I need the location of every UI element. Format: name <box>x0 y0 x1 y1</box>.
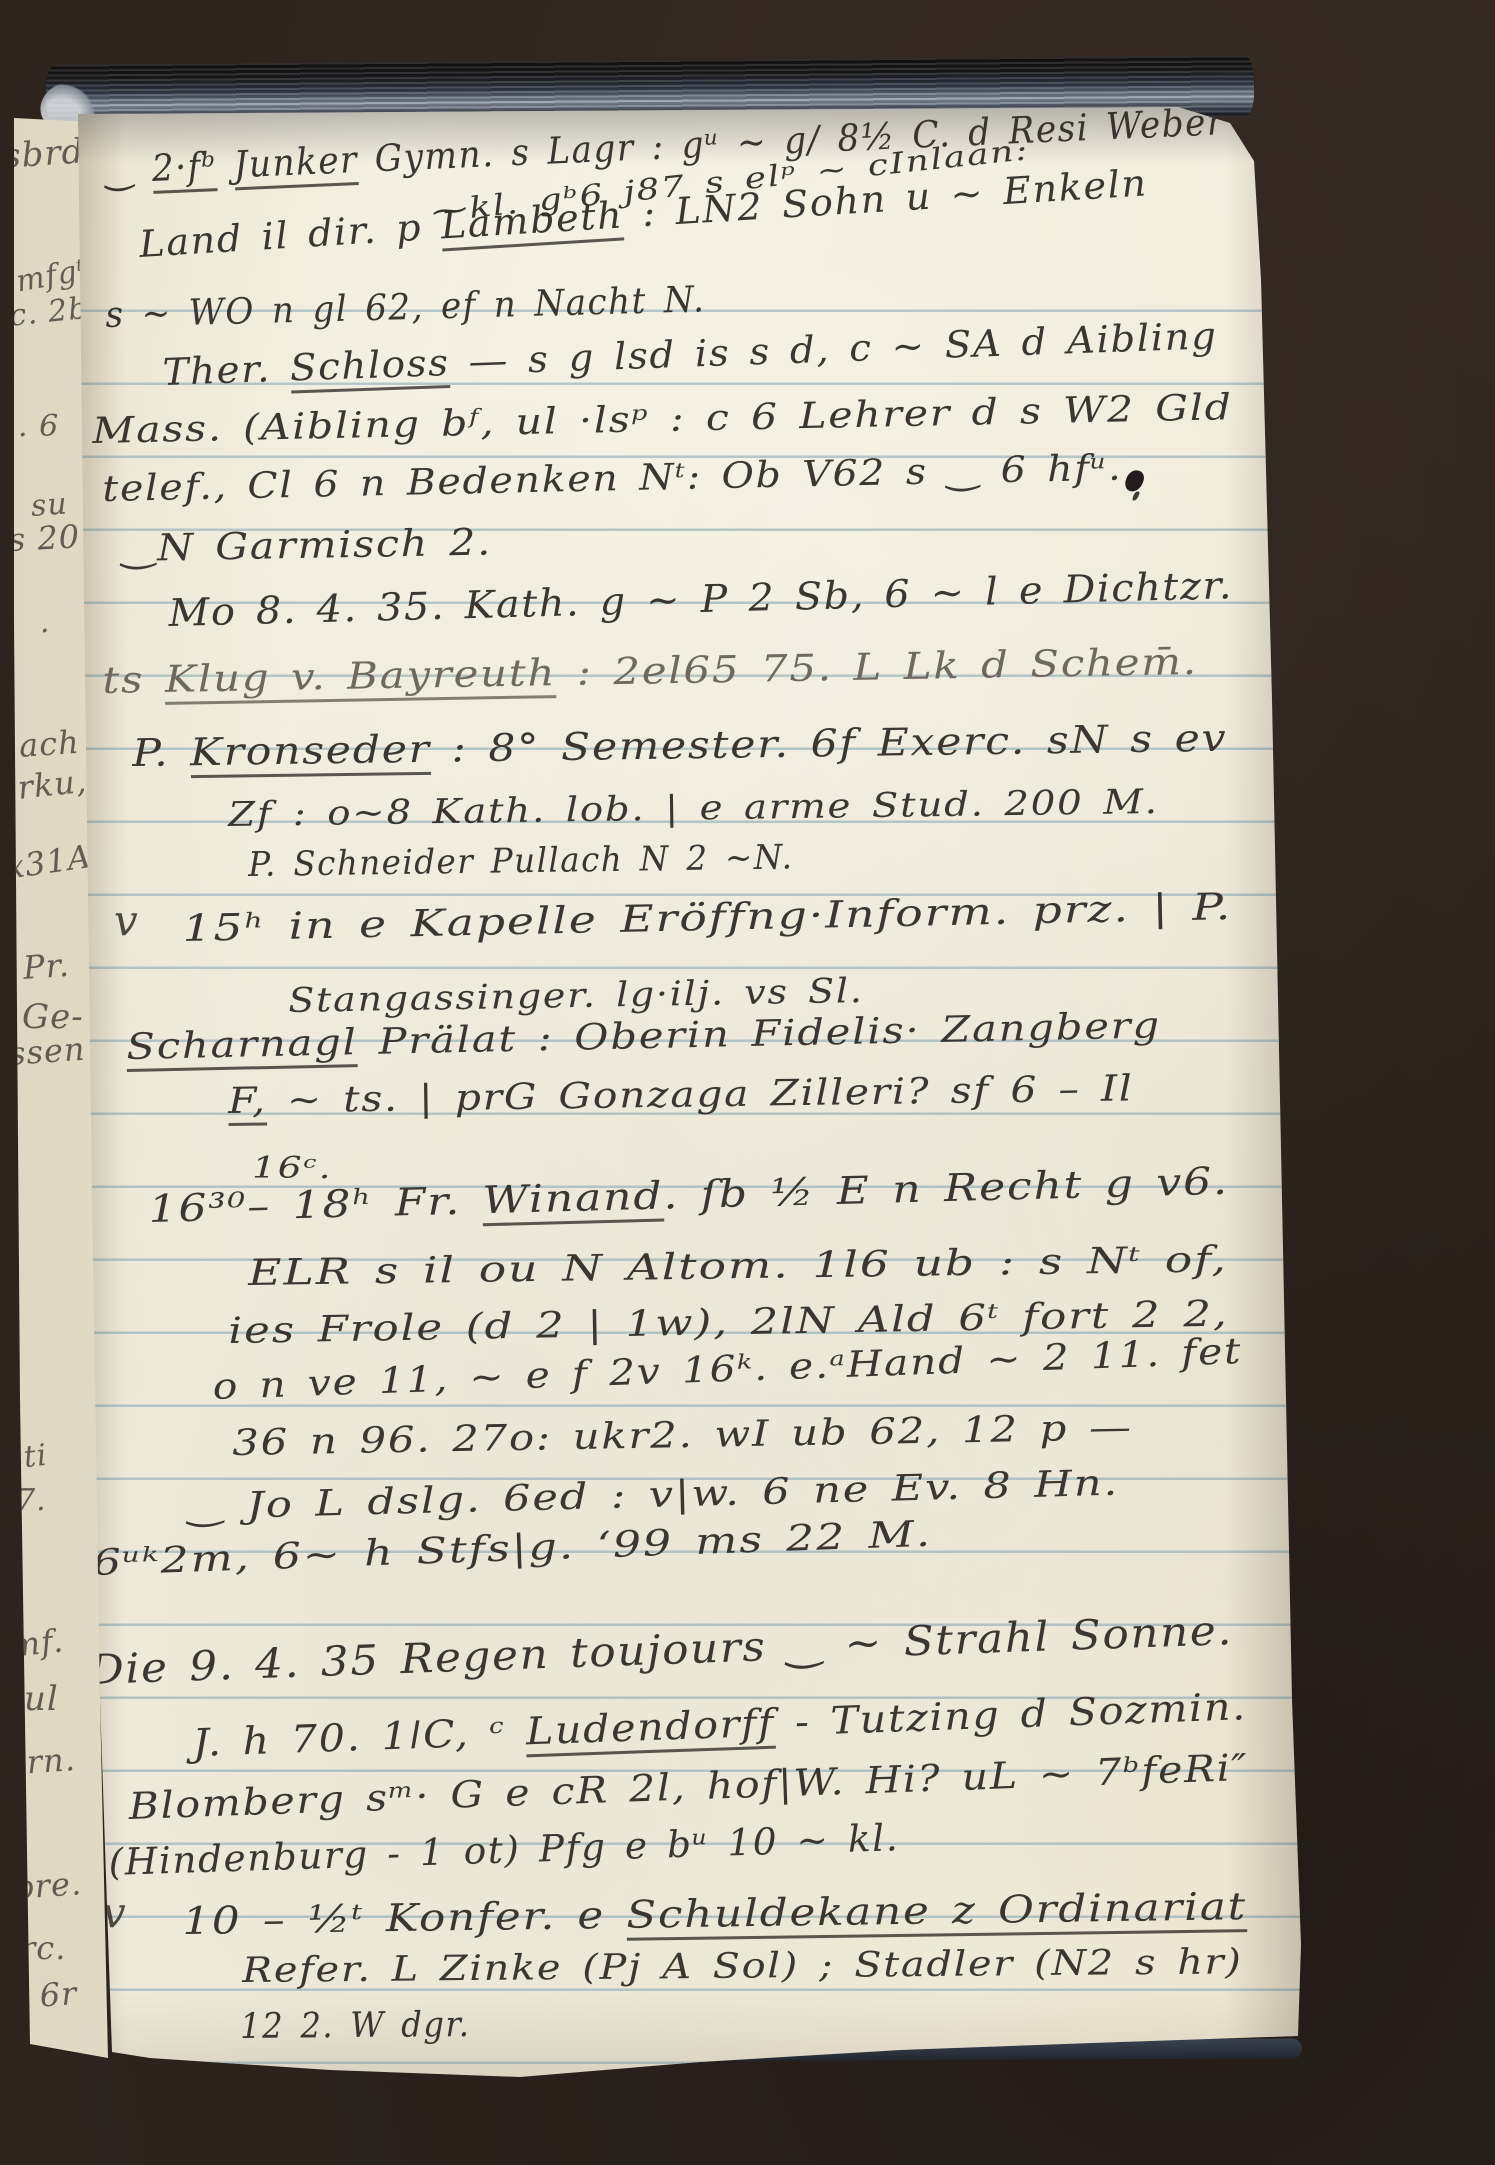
underlined-word: Junker <box>233 138 359 190</box>
underlined-word: Winand <box>482 1174 664 1227</box>
adjacent-page-text-fragment: rku, <box>16 765 88 804</box>
adjacent-page-text-fragment: g 6r <box>6 1977 78 2014</box>
notebook-page: ‿ 2·fᵇ Junker Gymn. s Lagr : gᵘ ~ g/ 8½ … <box>0 0 1495 2165</box>
handwriting-text: P. <box>132 730 190 775</box>
handwriting-text: 12 2. W dgr. <box>240 2005 471 2047</box>
adjacent-page-text-fragment: x31A <box>4 840 93 884</box>
adjacent-page-text-fragment: c. 2b <box>8 294 90 332</box>
underlined-word: Schuldekane z Ordinariat <box>626 1884 1247 1941</box>
handwriting-line: 16ᶜ. <box>252 1152 332 1186</box>
underlined-word: 2·fᵇ <box>151 144 218 194</box>
underlined-word: Ludendorff <box>525 1701 776 1758</box>
handwriting-text: 16³⁰– 18ʰ Fr. <box>148 1178 483 1231</box>
handwriting-line: P. Schneider Pullach N 2 ~N. <box>248 838 794 884</box>
handwriting-text: P. Schneider Pullach N 2 ~N. <box>248 837 794 885</box>
handwriting-text: 16ᶜ. <box>252 1151 332 1186</box>
adjacent-page-text-fragment: 7. <box>16 1486 47 1516</box>
adjacent-page-text-fragment: ach <box>18 726 81 762</box>
handwriting-text: ‿ <box>105 147 153 192</box>
handwriting-text: ts <box>102 658 165 702</box>
underlined-word: Schloss <box>289 341 450 394</box>
underlined-word: F, <box>228 1080 267 1126</box>
underlined-word: Scharnagl <box>126 1022 358 1072</box>
adjacent-page-text-fragment: pre. <box>12 1867 83 1904</box>
adjacent-page-text-fragment: Pr. <box>22 949 71 984</box>
handwriting-text <box>216 143 235 187</box>
adjacent-page-text-fragment: hrn. <box>4 1743 77 1780</box>
adjacent-page-text-fragment: rc. <box>20 1932 66 1964</box>
adjacent-page-text-fragment: Ge- <box>22 1000 84 1034</box>
margin-check-mark: v <box>102 1892 126 1934</box>
handwriting-text: Ther. <box>162 347 291 394</box>
adjacent-page-text-fragment: su <box>30 489 69 521</box>
handwriting-text: 10 – ½ᵗ Konfer. e <box>182 1893 627 1943</box>
underlined-word: Kronseder <box>190 727 431 778</box>
margin-check-mark: v <box>114 900 138 942</box>
handwriting-line: ‿N Garmisch 2. <box>122 522 492 570</box>
adjacent-page-text-fragment: mf. <box>8 1624 65 1661</box>
adjacent-page-text-fragment: s 20. <box>8 520 92 556</box>
handwriting-text: ‿N Garmisch 2. <box>122 521 492 570</box>
adjacent-page-text-fragment: ssen <box>8 1033 86 1070</box>
adjacent-page-text-fragment: sti <box>6 1441 49 1475</box>
adjacent-page-text-fragment: . 6 <box>18 412 59 442</box>
adjacent-page-text-fragment: ul <box>24 1682 59 1716</box>
adjacent-page-text-fragment: . <box>40 608 51 638</box>
underlined-word: Klug v. Bayreuth <box>164 651 556 705</box>
handwriting-line: 12 2. W dgr. <box>240 2006 471 2047</box>
handwriting-text: Refer. L Zinke (Pj A Sol) ; Stadler (N2 … <box>242 1942 1243 1991</box>
